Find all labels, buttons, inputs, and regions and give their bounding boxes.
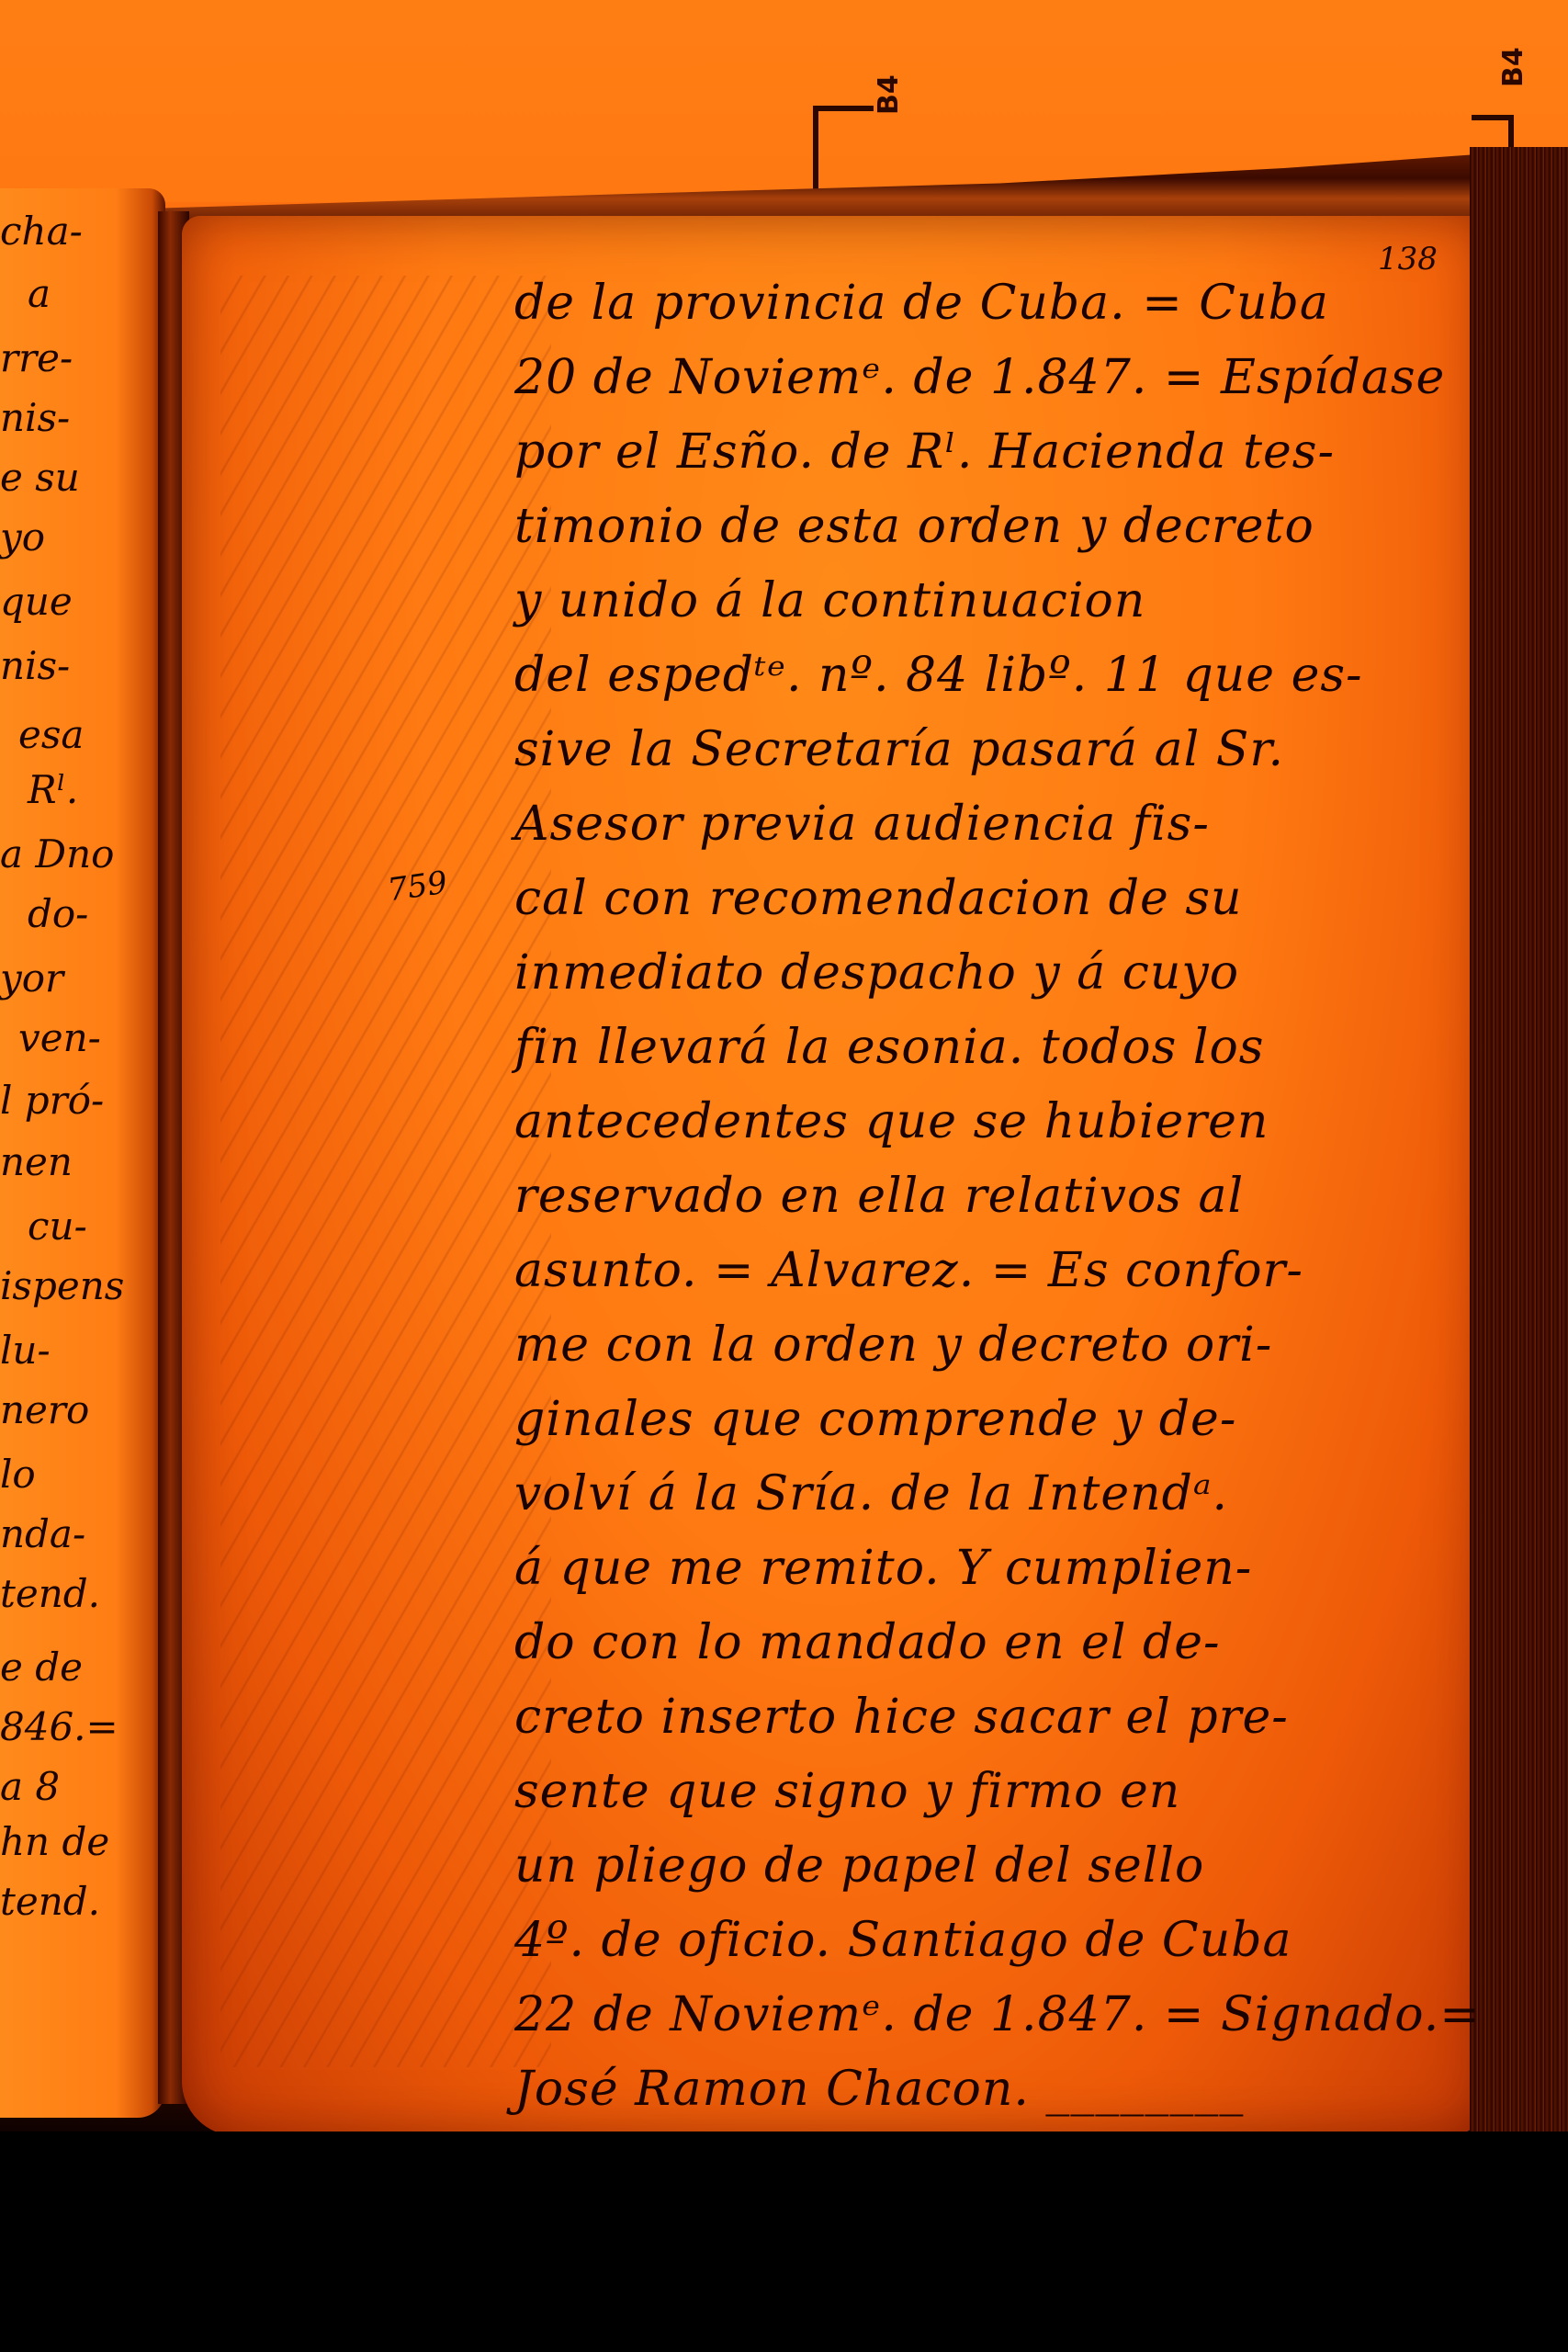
left-fragment: 846.= [0,1704,118,1749]
left-fragment: nis- [0,395,70,440]
text-line: reservado en ella relativos al [514,1159,1470,1234]
text-line: timonio de esta orden y decreto [514,490,1470,564]
left-fragment: e su [0,455,80,500]
left-fragment: nero [0,1387,89,1432]
left-fragment: nda- [0,1511,85,1556]
text-line: un pliego de papel del sello [514,1829,1470,1904]
left-fragment: e de [0,1645,83,1690]
left-fragment: ispens [0,1263,124,1308]
left-fragment: a 8 [0,1764,60,1809]
dark-foreground [0,2131,1568,2352]
left-fragment: hn de [0,1819,109,1864]
left-fragment: cu- [28,1204,87,1249]
left-fragment: yor [0,955,63,1001]
text-line: del espedᵗᵉ. nº. 84 libº. 11 que es- [514,639,1470,713]
text-line: asunto. = Alvarez. = Es confor- [514,1234,1470,1308]
left-fragment: l pró- [0,1078,104,1123]
text-line: 4º. de oficio. Santiago de Cuba [514,1904,1470,1978]
signature-line: José Ramon Chacon. ________ [514,2052,1470,2127]
text-line: inmediato despacho y á cuyo [514,936,1470,1011]
marker-label: B4 [1497,47,1529,87]
text-line: 20 de Noviemᵉ. de 1.847. = Espídase [514,341,1470,415]
text-line: antecedentes que se hubieren [514,1085,1470,1159]
left-fragment: esa [18,712,84,757]
text-line: y unido á la continuacion [514,564,1470,639]
text-line: á que me remito. Y cumplien- [514,1532,1470,1606]
text-line: creto inserto hice sacar el pre- [514,1680,1470,1755]
left-fragment: do- [28,891,88,936]
left-fragment: rre- [0,335,73,380]
text-line: volví á la Sría. de la Intendᵃ. [514,1457,1470,1532]
text-line: sente que signo y firmo en [514,1755,1470,1829]
left-fragment: tend. [0,1879,100,1924]
text-line: 22 de Noviemᵉ. de 1.847. = Signado.= [514,1978,1470,2052]
page-stack-edge [1470,147,1568,2168]
left-fragment: lo [0,1452,36,1497]
left-fragment: Rˡ. [28,767,78,812]
ink-bleed-through [220,276,551,2067]
text-line: por el Esño. de Rˡ. Hacienda tes- [514,415,1470,490]
text-line: sive la Secretaría pasará al Sr. [514,713,1470,787]
text-line: ginales que comprende y de- [514,1383,1470,1457]
left-fragment: nen [0,1139,73,1184]
manuscript-text: de la provincia de Cuba. = Cuba 20 de No… [514,266,1470,2350]
left-fragment: que [0,579,73,624]
left-page: cha- a rre- nis- e su yo que nis- esa Rˡ… [0,188,165,2118]
left-fragment: tend. [0,1571,100,1616]
text-line: cal con recomendacion de su [514,862,1470,936]
text-line: me con la orden y decreto ori- [514,1308,1470,1383]
left-fragment: ven- [18,1015,101,1060]
text-line: Asesor previa audiencia fis- [514,787,1470,862]
left-fragment: cha- [0,209,83,254]
left-fragment: a Dno [0,831,114,876]
left-fragment: nis- [0,643,70,688]
left-fragment: lu- [0,1328,51,1373]
text-line: fin llevará la esonia. todos los [514,1011,1470,1085]
left-fragment: yo [0,514,45,560]
marker-label: B4 [873,74,905,115]
left-fragment: a [28,271,51,316]
text-line: de la provincia de Cuba. = Cuba [514,266,1470,341]
text-line: do con lo mandado en el de- [514,1606,1470,1680]
